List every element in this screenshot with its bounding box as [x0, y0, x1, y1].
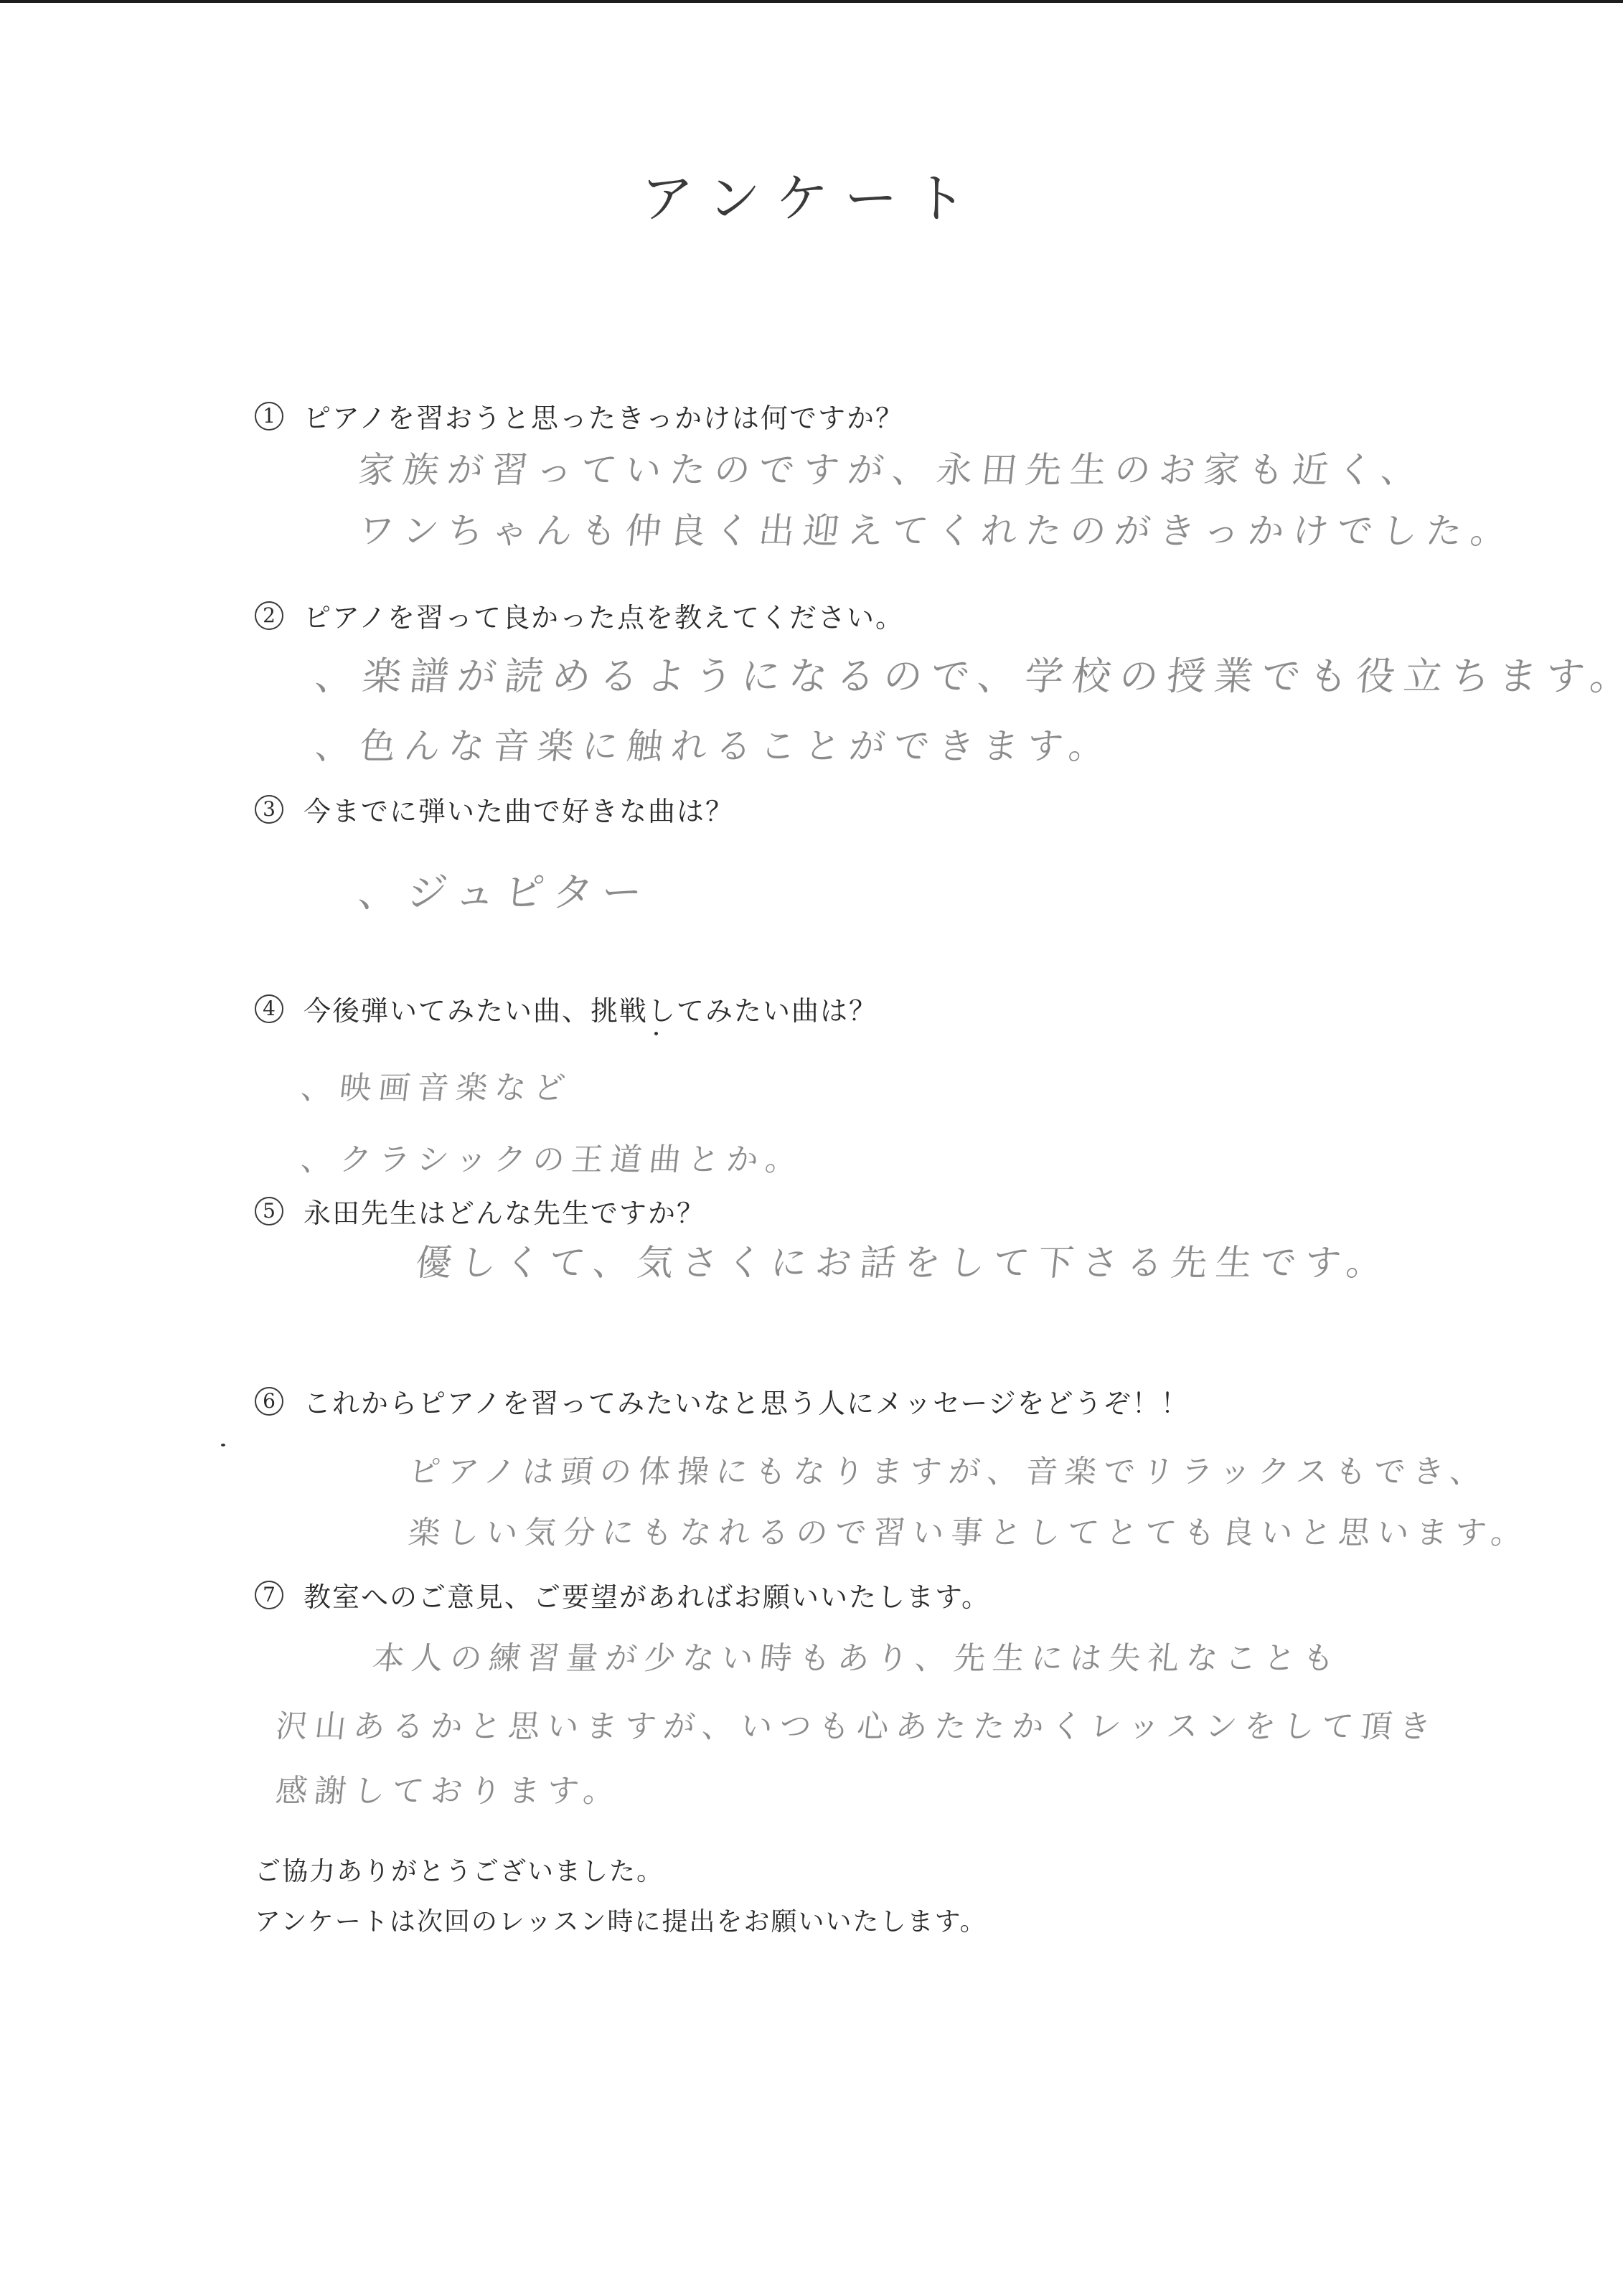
question-2-answer-line: 、楽譜が読めるようになるので、学校の授業でも役立ちます。 — [313, 646, 1623, 701]
question-text: 今後弾いてみたい曲、挑戦してみたい曲は？ — [304, 989, 878, 1028]
question-1-answer-line: ワンちゃんも仲良く出迎えてくれたのがきっかけでした。 — [356, 502, 1518, 554]
question-text: ピアノを習おうと思ったきっかけは何ですか？ — [304, 396, 904, 436]
question-7-answer-line: 本人の練習量が少ない時もあり、先生には失礼なことも — [371, 1632, 1345, 1678]
question-5-prompt: 5 永田先生はどんな先生ですか？ — [255, 1191, 705, 1231]
question-1-prompt: 1 ピアノを習おうと思ったきっかけは何ですか？ — [255, 396, 904, 436]
question-6-answer-line: ピアノは頭の体操にもなりますが、音楽でリラックスもでき、 — [407, 1446, 1492, 1492]
stray-mark — [654, 1032, 658, 1035]
question-4-prompt: 4 今後弾いてみたい曲、挑戦してみたい曲は？ — [255, 989, 878, 1028]
question-7-prompt: 7 教室へのご意見、ご要望があればお願いいたします。 — [255, 1575, 990, 1614]
question-number-badge: 5 — [255, 1197, 283, 1225]
scan-top-border — [0, 0, 1623, 3]
question-text: 永田先生はどんな先生ですか？ — [304, 1191, 705, 1231]
question-3-answer-line: 、ジュピター — [356, 861, 654, 918]
question-text: ピアノを習って良かった点を教えてください。 — [304, 596, 904, 635]
question-2-answer-line: 、色んな音楽に触れることができます。 — [313, 717, 1116, 769]
question-number-badge: 6 — [255, 1387, 283, 1416]
question-text: 教室へのご意見、ご要望があればお願いいたします。 — [304, 1575, 990, 1614]
question-7-answer-line: 沢山あるかと思いますが、いつも心あたたかくレッスンをして頂き — [274, 1700, 1441, 1746]
question-text: これからピアノを習ってみたいなと思う人にメッセージをどうぞ！！ — [304, 1381, 1190, 1421]
question-5-answer-line: 優しくて、気さくにお話をして下さる先生です。 — [413, 1234, 1394, 1286]
closing-instruction: アンケートは次回のレッスン時に提出をお願いいたします。 — [255, 1901, 987, 1938]
question-number-badge: 2 — [255, 601, 283, 630]
closing-thanks: ご協力ありがとうございました。 — [255, 1851, 664, 1888]
question-7-answer-line: 感謝しております。 — [274, 1765, 625, 1811]
question-number-badge: 4 — [255, 994, 283, 1023]
question-4-answer-line: 、映画音楽など — [299, 1062, 575, 1108]
question-6-answer-line: 楽しい気分にもなれるので習い事としてとても良いと思います。 — [407, 1507, 1533, 1553]
question-number-badge: 7 — [255, 1581, 283, 1609]
page-title: アンケート — [0, 156, 1623, 232]
question-4-answer-line: 、クラシックの王道曲とか。 — [299, 1134, 807, 1180]
question-1-answer-line: 家族が習っていたのですが、永田先生のお家も近く、 — [356, 441, 1429, 493]
question-number-badge: 3 — [255, 795, 283, 824]
question-3-prompt: 3 今までに弾いた曲で好きな曲は？ — [255, 789, 734, 829]
question-text: 今までに弾いた曲で好きな曲は？ — [304, 789, 734, 829]
question-number-badge: 1 — [255, 402, 283, 430]
question-2-prompt: 2 ピアノを習って良かった点を教えてください。 — [255, 596, 904, 635]
stray-mark — [221, 1444, 225, 1446]
question-6-prompt: 6 これからピアノを習ってみたいなと思う人にメッセージをどうぞ！！ — [255, 1381, 1190, 1421]
